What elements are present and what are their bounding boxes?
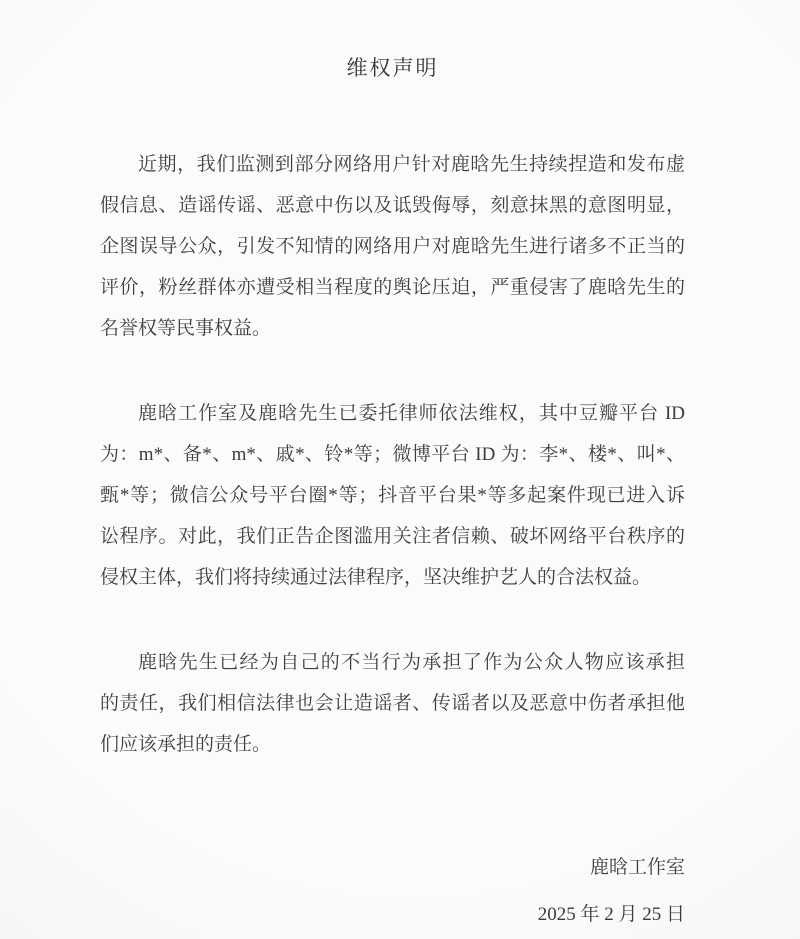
paragraph-line: 为：m*、备*、m*、戚*、铃*等；微博平台 ID 为：李*、楼*、叫*、 — [100, 434, 685, 475]
paragraph-line: 侵权主体，我们将持续通过法律程序，坚决维护艺人的合法权益。 — [100, 557, 685, 598]
paragraph: 鹿晗工作室及鹿晗先生已委托律师依法维权，其中豆瓣平台 ID为：m*、备*、m*、… — [100, 393, 685, 598]
signature: 鹿晗工作室 — [100, 847, 685, 888]
paragraph-line: 甄*等；微信公众号平台圈*等；抖音平台果*等多起案件现已进入诉 — [100, 475, 685, 516]
paragraph-line: 鹿晗工作室及鹿晗先生已委托律师依法维权，其中豆瓣平台 ID — [100, 393, 685, 434]
paragraph-line: 们应该承担的责任。 — [100, 724, 685, 765]
paragraph-line: 讼程序。对此，我们正告企图滥用关注者信赖、破坏网络平台秩序的 — [100, 516, 685, 557]
paragraph-line: 鹿晗先生已经为自己的不当行为承担了作为公众人物应该承担 — [100, 642, 685, 683]
paragraph-line: 名誉权等民事权益。 — [100, 308, 685, 349]
document-page: 维权声明 近期，我们监测到部分网络用户针对鹿晗先生持续捏造和发布虚假信息、造谣传… — [0, 0, 800, 939]
paragraph-line: 假信息、造谣传谣、恶意中伤以及诋毁侮辱，刻意抹黑的意图明显， — [100, 185, 685, 226]
paragraph: 鹿晗先生已经为自己的不当行为承担了作为公众人物应该承担的责任，我们相信法律也会让… — [100, 642, 685, 765]
document-title: 维权声明 — [100, 48, 685, 89]
date: 2025 年 2 月 25 日 — [100, 894, 685, 935]
paragraph: 近期，我们监测到部分网络用户针对鹿晗先生持续捏造和发布虚假信息、造谣传谣、恶意中… — [100, 144, 685, 349]
paragraph-line: 评价，粉丝群体亦遭受相当程度的舆论压迫，严重侵害了鹿晗先生的 — [100, 267, 685, 308]
paragraph-line: 近期，我们监测到部分网络用户针对鹿晗先生持续捏造和发布虚 — [100, 144, 685, 185]
paragraph-line: 的责任，我们相信法律也会让造谣者、传谣者以及恶意中伤者承担他 — [100, 683, 685, 724]
document-body: 近期，我们监测到部分网络用户针对鹿晗先生持续捏造和发布虚假信息、造谣传谣、恶意中… — [100, 144, 685, 765]
paragraph-line: 企图误导公众，引发不知情的网络用户对鹿晗先生进行诸多不正当的 — [100, 226, 685, 267]
document-content: 维权声明 近期，我们监测到部分网络用户针对鹿晗先生持续捏造和发布虚假信息、造谣传… — [0, 0, 800, 935]
